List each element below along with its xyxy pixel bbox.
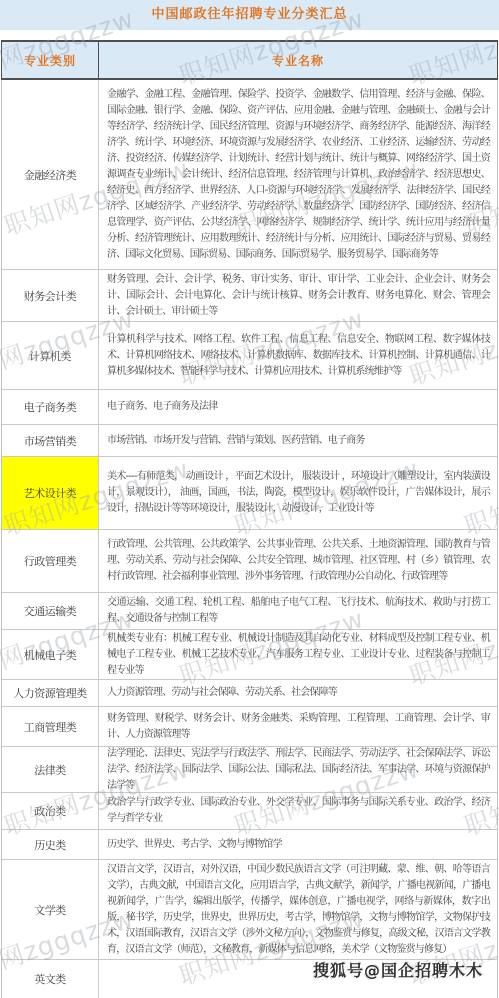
- majors-cell: 行政管理、公共管理、公共政策学、公共事业管理、公共关系、土地资源管理、国防教育与…: [99, 530, 497, 592]
- table-row: 人力资源管理类人力资源管理、劳动与社会保障、劳动关系、社会保障等: [2, 680, 497, 707]
- majors-cell: 交通运输、交通工程、轮机工程、船舶电子电气工程、飞行技术、航海技术、救助与打捞工…: [99, 593, 497, 629]
- table-row: 市场营销类市场营销、市场开发与营销、营销与策划、医药营销、电子商务: [2, 425, 497, 457]
- category-cell: 历史类: [2, 830, 99, 859]
- table-header-row: 专业类别 专业名称: [1, 40, 498, 80]
- majors-cell: 政治学与行政学专业、国际政治专业、外交学专业、国际事务与国际关系专业、政治学、经…: [99, 793, 497, 829]
- table-row: 机械电子类机械类专业有：机械工程专业、机械设计制造及其自动化专业、材料成型及控制…: [2, 630, 497, 680]
- table-row: 交通运输类交通运输、交通工程、轮机工程、船舶电子电气工程、飞行技术、航海技术、救…: [2, 593, 497, 630]
- majors-cell: 历史学、世界史、考古学、文物与博物馆学: [99, 830, 497, 859]
- category-cell: 金融经济类: [2, 80, 99, 269]
- category-cell: 英文类: [2, 960, 99, 998]
- majors-cell: 机械类专业有：机械工程专业、机械设计制造及其自动化专业、材料成型及控制工程专业、…: [99, 630, 497, 679]
- table-row: 历史类历史学、世界史、考古学、文物与博物馆学: [2, 830, 497, 860]
- table-row: 政治类政治学与行政学专业、国际政治专业、外交学专业、国际事务与国际关系专业、政治…: [2, 793, 497, 830]
- category-cell: 计算机类: [2, 322, 99, 389]
- category-cell: 交通运输类: [2, 593, 99, 629]
- majors-cell: 财务管理、会计、会计学、税务、审计实务、审计、审计学、工业会计、企业会计、财务会…: [99, 270, 497, 321]
- majors-cell: 美术----有师范类， 动画设计 ，平面艺术设计， 服装设计 ，环境设计（雕塑设…: [99, 457, 497, 529]
- table-row: 工商管理类财务管理、财税学、财务会计、财务金融类、采购管理、工程管理、工商管理、…: [2, 707, 497, 747]
- category-cell: 机械电子类: [2, 630, 99, 679]
- category-cell: 财务会计类: [2, 270, 99, 321]
- majors-cell: 金融学、金融工程、金融管理、保险学、投资学、金融数学、信用管理、经济与金融、保险…: [99, 80, 497, 269]
- category-cell: 行政管理类: [2, 530, 99, 592]
- page: 中国邮政往年招聘专业分类汇总 专业类别 专业名称 金融经济类金融学、金融工程、金…: [0, 0, 499, 998]
- table-row: 电子商务类电子商务、电子商务及法律: [2, 390, 497, 425]
- category-cell: 电子商务类: [2, 390, 99, 424]
- majors-cell: 汉语言文学，汉语言，对外汉语，中国少数民族语言文学（可注明藏、蒙、维、朝、哈等语…: [99, 860, 497, 959]
- majors-cell: 计算机科学与技术、网络工程、软件工程、信息工程、信息安全、物联网工程、数字媒体技…: [99, 322, 497, 389]
- category-cell: 法律类: [2, 747, 99, 792]
- category-cell: 工商管理类: [2, 707, 99, 746]
- category-cell: 政治类: [2, 793, 99, 829]
- category-cell: 艺术设计类: [2, 457, 99, 529]
- table-row: 金融经济类金融学、金融工程、金融管理、保险学、投资学、金融数学、信用管理、经济与…: [2, 80, 497, 270]
- category-cell: 市场营销类: [2, 425, 99, 456]
- majors-cell: 财务管理、财税学、财务会计、财务金融类、采购管理、工程管理、工商管理、会计学、审…: [99, 707, 497, 746]
- table-row: 法律类法学理论、法律史、宪法学与行政法学、刑法学、民商法学、劳动法学、社会保障法…: [2, 747, 497, 793]
- majors-cell: 电子商务、电子商务及法律: [99, 390, 497, 424]
- majors-cell: 人力资源管理、劳动与社会保障、劳动关系、社会保障等: [99, 680, 497, 706]
- table-body: 金融经济类金融学、金融工程、金融管理、保险学、投资学、金融数学、信用管理、经济与…: [1, 80, 498, 998]
- category-cell: 文学类: [2, 860, 99, 959]
- table-row: 行政管理类行政管理、公共管理、公共政策学、公共事业管理、公共关系、土地资源管理、…: [2, 530, 497, 593]
- table-row: 文学类汉语言文学，汉语言，对外汉语，中国少数民族语言文学（可注明藏、蒙、维、朝、…: [2, 860, 497, 960]
- page-title: 中国邮政往年招聘专业分类汇总: [0, 0, 499, 30]
- column-header-majors: 专业名称: [99, 42, 497, 78]
- table-row: 艺术设计类美术----有师范类， 动画设计 ，平面艺术设计， 服装设计 ，环境设…: [2, 457, 497, 530]
- majors-cell: 市场营销、市场开发与营销、营销与策划、医药营销、电子商务: [99, 425, 497, 456]
- majors-table: 专业类别 专业名称 金融经济类金融学、金融工程、金融管理、保险学、投资学、金融数…: [1, 40, 498, 998]
- table-row: 计算机类计算机科学与技术、网络工程、软件工程、信息工程、信息安全、物联网工程、数…: [2, 322, 497, 390]
- table-row: 财务会计类财务管理、会计、会计学、税务、审计实务、审计、审计学、工业会计、企业会…: [2, 270, 497, 322]
- column-header-category: 专业类别: [2, 42, 99, 78]
- sohu-account-watermark: 搜狐号@国企招聘木木: [313, 958, 483, 981]
- majors-cell: 法学理论、法律史、宪法学与行政法学、刑法学、民商法学、劳动法学、社会保障法学、诉…: [99, 747, 497, 792]
- category-cell: 人力资源管理类: [2, 680, 99, 706]
